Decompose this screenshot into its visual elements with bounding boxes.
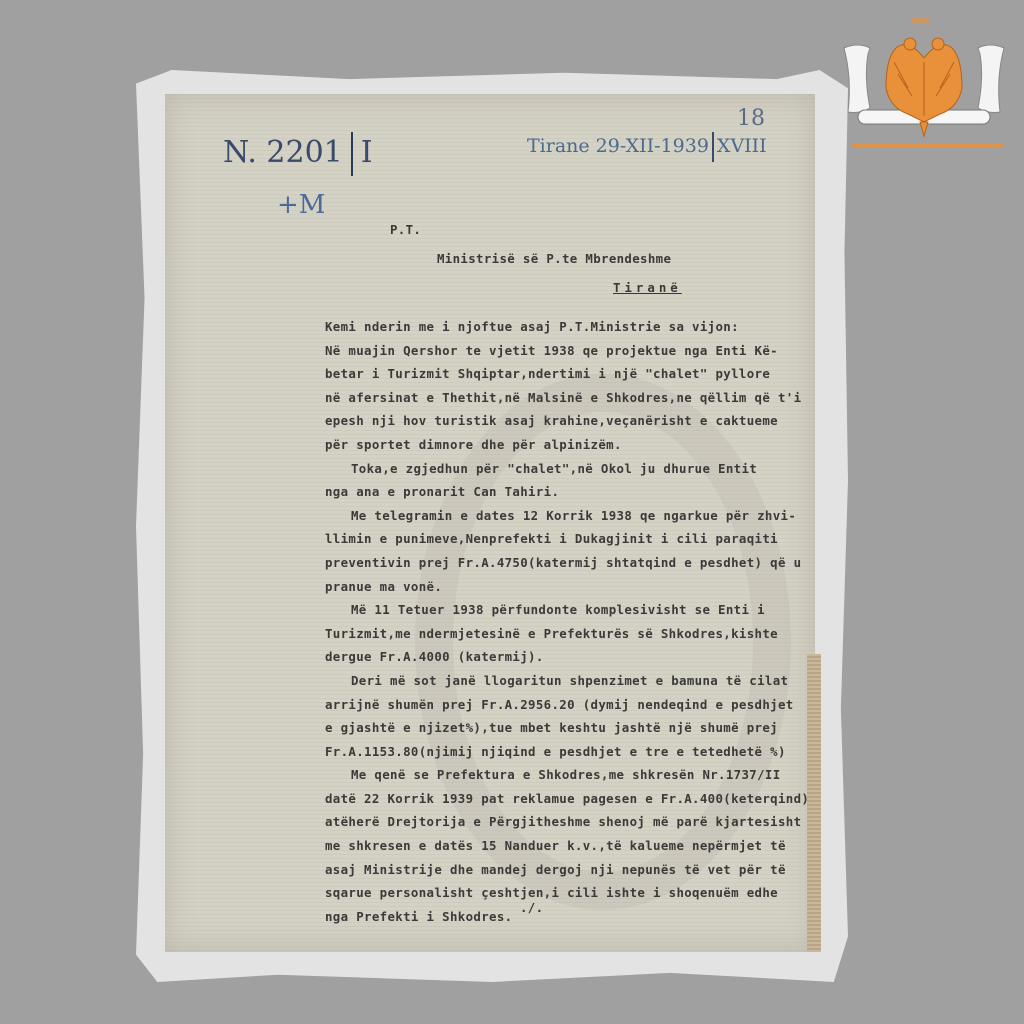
body-line: Deri më sot janë llogaritun shpenzimet e… (325, 669, 815, 693)
letter-body: Kemi nderin me i njoftue asaj P.T.Minist… (325, 315, 815, 928)
logo-caption (852, 143, 1004, 148)
body-line: arrijnë shumën prej Fr.A.2956.20 (dymij … (325, 693, 815, 717)
reference-suffix: I (361, 135, 373, 170)
handwritten-date: Tirane 29-XII-1939XVIII (527, 132, 767, 162)
body-line: Toka,e zgjedhun për "chalet",në Okol ju … (325, 457, 815, 481)
body-line: sqarue personalisht çeshtjen,i cili isht… (325, 881, 815, 905)
body-line: pranue ma vonë. (325, 575, 815, 599)
closing-mark: ./. (520, 900, 543, 915)
body-line: betar i Turizmit Shqiptar,ndertimi i një… (325, 362, 815, 386)
body-line: Kemi nderin me i njoftue asaj P.T.Minist… (325, 315, 815, 339)
body-line: preventivin prej Fr.A.4750(katermij shta… (325, 551, 815, 575)
divider (712, 132, 714, 162)
salutation: P.T. (390, 222, 421, 237)
reference-number: N. 2201 (223, 135, 343, 170)
body-line: në afersinat e Thethit,në Malsinë e Shko… (325, 386, 815, 410)
archival-document: N. 2201I +M Tirane 29-XII-1939XVIII 18 P… (165, 94, 815, 952)
body-line: nga ana e pronarit Can Tahiri. (325, 480, 815, 504)
body-line: epesh nji hov turistik asaj krahine,veça… (325, 409, 815, 433)
recipient-city: Tiranë (613, 280, 682, 295)
body-line: Në muajin Qershor te vjetit 1938 qe proj… (325, 339, 815, 363)
handwritten-annotation: +M (277, 190, 325, 220)
handwritten-reference: N. 2201I (223, 132, 373, 176)
body-line: për sportet dimnore dhe për alpinizëm. (325, 433, 815, 457)
page-number: 18 (737, 106, 765, 131)
double-headed-eagle-icon (838, 18, 1010, 158)
body-line: asaj Ministrije dhe mandej dergoj nji ne… (325, 858, 815, 882)
body-line: Më 11 Tetuer 1938 përfundonte komplesivi… (325, 598, 815, 622)
body-line: Fr.A.1153.80(njimij njiqind e pesdhjet e… (325, 740, 815, 764)
body-line: atëherë Drejtorija e Përgjitheshme sheno… (325, 810, 815, 834)
body-line: nga Prefekti i Shkodres. (325, 905, 815, 929)
logo-emblem-mark (912, 18, 930, 24)
recipient: Ministrisë së P.te Mbrendeshme (437, 251, 671, 266)
body-line: dergue Fr.A.4000 (katermij). (325, 645, 815, 669)
body-line: e gjashtë e njizet%),tue mbet keshtu jas… (325, 716, 815, 740)
year-marker: XVIII (717, 135, 767, 157)
date-text: Tirane 29-XII-1939 (527, 135, 709, 157)
body-line: llimin e punimeve,Nenprefekti i Dukagjin… (325, 527, 815, 551)
archive-logo (838, 18, 1010, 158)
body-line: datë 22 Korrik 1939 pat reklamue pagesen… (325, 787, 815, 811)
body-line: Me telegramin e dates 12 Korrik 1938 qe … (325, 504, 815, 528)
divider (351, 132, 353, 176)
body-line: Turizmit,me ndermjetesinë e Prefekturës … (325, 622, 815, 646)
body-line: me shkresen e datës 15 Nanduer k.v.,të k… (325, 834, 815, 858)
body-line: Me qenë se Prefektura e Shkodres,me shkr… (325, 763, 815, 787)
